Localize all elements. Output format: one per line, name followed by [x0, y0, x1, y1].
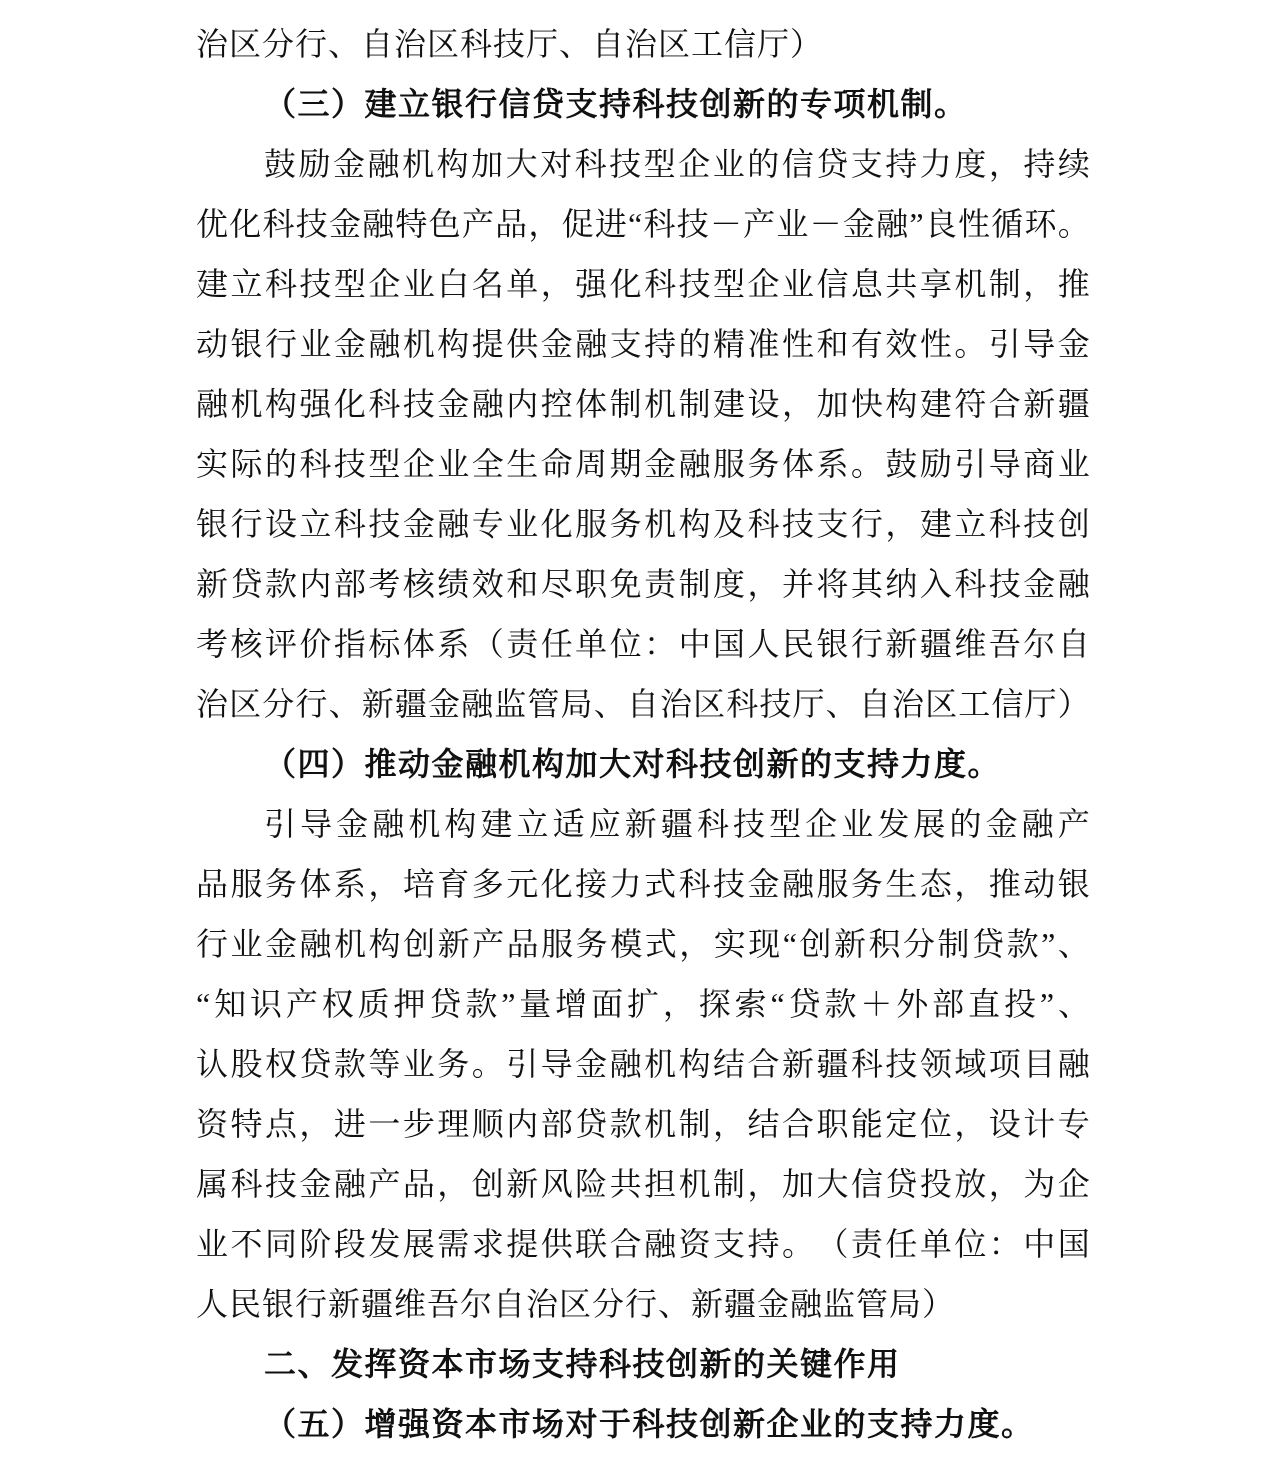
paragraph-line: 实际的科技型企业全生命周期金融服务体系。鼓励引导商业 [196, 434, 1090, 494]
paragraph-line: 治区分行、自治区科技厅、自治区工信厅） [196, 14, 1090, 74]
paragraph-line: 治区分行、新疆金融监管局、自治区科技厅、自治区工信厅） [196, 674, 1090, 734]
section-heading: （三）建立银行信贷支持科技创新的专项机制。 [196, 74, 1090, 134]
paragraph-line: 银行设立科技金融专业化服务机构及科技支行，建立科技创 [196, 494, 1090, 554]
paragraph-line: 建立科技型企业白名单，强化科技型企业信息共享机制，推 [196, 254, 1090, 314]
section-heading: （五）增强资本市场对于科技创新企业的支持力度。 [196, 1394, 1090, 1454]
paragraph-line: 动银行业金融机构提供金融支持的精准性和有效性。引导金 [196, 314, 1090, 374]
document-body: 治区分行、自治区科技厅、自治区工信厅） （三）建立银行信贷支持科技创新的专项机制… [0, 0, 1280, 1454]
paragraph-line: 品服务体系，培育多元化接力式科技金融服务生态，推动银 [196, 854, 1090, 914]
paragraph-line: 资特点，进一步理顺内部贷款机制，结合职能定位，设计专 [196, 1094, 1090, 1154]
paragraph-line: 考核评价指标体系（责任单位：中国人民银行新疆维吾尔自 [196, 614, 1090, 674]
paragraph-line: “知识产权质押贷款”量增面扩，探索“贷款＋外部直投”、 [196, 974, 1090, 1034]
section-heading: 二、发挥资本市场支持科技创新的关键作用 [196, 1334, 1090, 1394]
paragraph-line: 属科技金融产品，创新风险共担机制，加大信贷投放，为企 [196, 1154, 1090, 1214]
paragraph-line: 人民银行新疆维吾尔自治区分行、新疆金融监管局） [196, 1274, 1090, 1334]
paragraph-line: 新贷款内部考核绩效和尽职免责制度，并将其纳入科技金融 [196, 554, 1090, 614]
paragraph-line: 认股权贷款等业务。引导金融机构结合新疆科技领域项目融 [196, 1034, 1090, 1094]
paragraph-line: 行业金融机构创新产品服务模式，实现“创新积分制贷款”、 [196, 914, 1090, 974]
section-heading: （四）推动金融机构加大对科技创新的支持力度。 [196, 734, 1090, 794]
paragraph-line: 鼓励金融机构加大对科技型企业的信贷支持力度，持续 [196, 134, 1090, 194]
paragraph-line: 优化科技金融特色产品，促进“科技－产业－金融”良性循环。 [196, 194, 1090, 254]
paragraph-line: 业不同阶段发展需求提供联合融资支持。（责任单位：中国 [196, 1214, 1090, 1274]
document-page: 治区分行、自治区科技厅、自治区工信厅） （三）建立银行信贷支持科技创新的专项机制… [0, 0, 1280, 1464]
paragraph-line: 引导金融机构建立适应新疆科技型企业发展的金融产 [196, 794, 1090, 854]
paragraph-line: 融机构强化科技金融内控体制机制建设，加快构建符合新疆 [196, 374, 1090, 434]
